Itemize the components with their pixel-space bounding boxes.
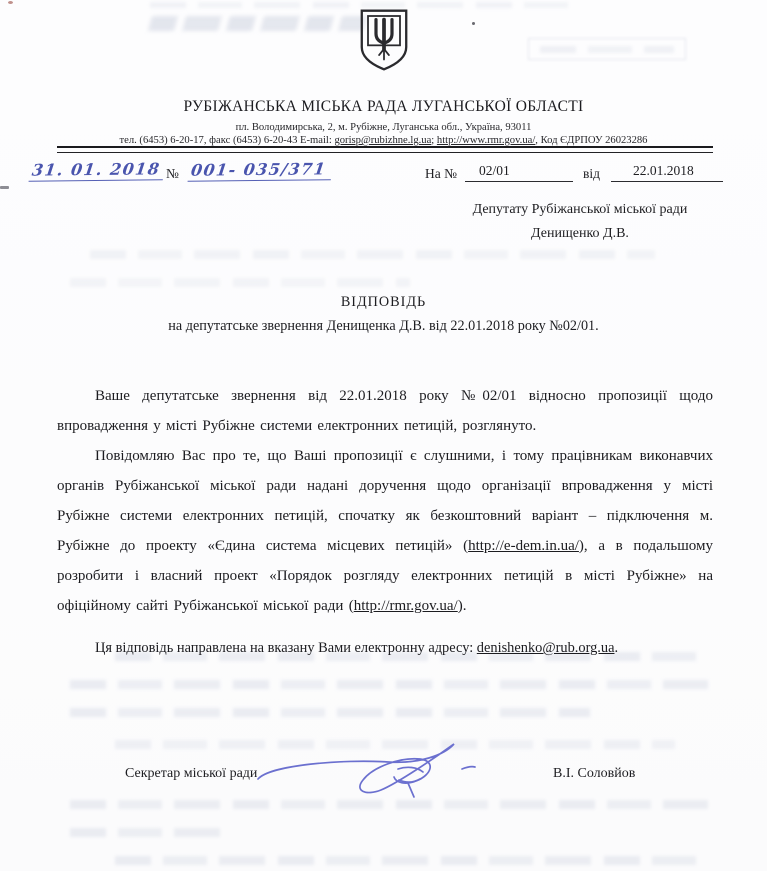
- recipient-block: Депутату Рубіжанської міської ради Денищ…: [437, 198, 723, 246]
- paragraph-2: Повідомляю Вас про те, що Ваші пропозиці…: [57, 441, 713, 621]
- org-email-link[interactable]: gorisp@rubizhne.lg.ua: [334, 135, 431, 146]
- signer-position: Секретар міської ради: [125, 766, 257, 782]
- bleedthrough-artifact: [70, 800, 708, 809]
- incoming-date-label: від: [583, 166, 600, 182]
- bleedthrough-artifact: [90, 250, 655, 259]
- bleedthrough-artifact: [70, 828, 230, 837]
- letterhead: РУБІЖАНСЬКА МІСЬКА РАДА ЛУГАНСЬКОЇ ОБЛАС…: [0, 8, 767, 146]
- document-title: ВІДПОВІДЬ: [0, 294, 767, 311]
- organization-name: РУБІЖАНСЬКА МІСЬКА РАДА ЛУГАНСЬКОЇ ОБЛАС…: [0, 98, 767, 116]
- paragraph-1: Ваше депутатське звернення від 22.01.201…: [57, 381, 713, 441]
- outgoing-number-handwritten: 001- 035/371: [188, 159, 334, 181]
- rmr-site-link[interactable]: http://rmr.gov.ua/: [354, 598, 458, 614]
- outgoing-date-handwritten: 31. 01. 2018: [29, 159, 166, 181]
- scan-speck: [0, 186, 9, 189]
- signer-name: В.І. Соловйов: [553, 766, 635, 782]
- bleedthrough-artifact: [70, 278, 410, 287]
- bleedthrough-artifact: [70, 680, 708, 689]
- title-block: ВІДПОВІДЬ на депутатське звернення Денищ…: [0, 294, 767, 335]
- contact-phone-fax: тел. (6453) 6-20-17, факс (6453) 6-20-43…: [120, 135, 335, 146]
- paragraph-3: Ця відповідь направлена на вказану Вами …: [57, 633, 713, 663]
- scanned-letter-page: РУБІЖАНСЬКА МІСЬКА РАДА ЛУГАНСЬКОЇ ОБЛАС…: [0, 0, 767, 871]
- paragraph-3-text-2: .: [614, 640, 618, 656]
- letter-body: Ваше депутатське звернення від 22.01.201…: [57, 381, 713, 663]
- recipient-line-1: Депутату Рубіжанської міської ради: [437, 198, 723, 222]
- scan-speck: [8, 1, 13, 4]
- document-subtitle: на депутатське звернення Денищенка Д.В. …: [0, 318, 767, 335]
- number-sign: №: [166, 166, 179, 182]
- org-contact-line: тел. (6453) 6-20-17, факс (6453) 6-20-43…: [0, 135, 767, 146]
- incoming-number: 02/01: [465, 163, 573, 182]
- bleedthrough-artifact: [115, 740, 675, 749]
- reply-email-link[interactable]: denishenko@rub.org.ua: [477, 640, 615, 656]
- bleedthrough-artifact: [70, 708, 590, 717]
- header-divider: [57, 146, 713, 153]
- coat-of-arms-trident-icon: [357, 8, 411, 77]
- org-website-link[interactable]: http://www.rmr.gov.ua/: [437, 135, 535, 146]
- incoming-number-label: На №: [425, 166, 457, 182]
- org-address: пл. Володимирська, 2, м. Рубіжне, Луганс…: [0, 122, 767, 133]
- contact-edrpou-code: , Код ЄДРПОУ 26023286: [535, 135, 647, 146]
- incoming-date: 22.01.2018: [611, 163, 723, 182]
- edem-petitions-link[interactable]: http://e-dem.in.ua/: [468, 538, 579, 554]
- paragraph-3-text-1: Ця відповідь направлена на вказану Вами …: [95, 640, 477, 656]
- reference-line: 31. 01. 2018 № 001- 035/371 На № 02/01 в…: [27, 158, 727, 190]
- paragraph-2-text-3: ).: [458, 598, 467, 614]
- handwritten-signature: [248, 731, 486, 809]
- recipient-line-2: Денищенко Д.В.: [437, 222, 723, 246]
- bleedthrough-artifact: [115, 856, 700, 865]
